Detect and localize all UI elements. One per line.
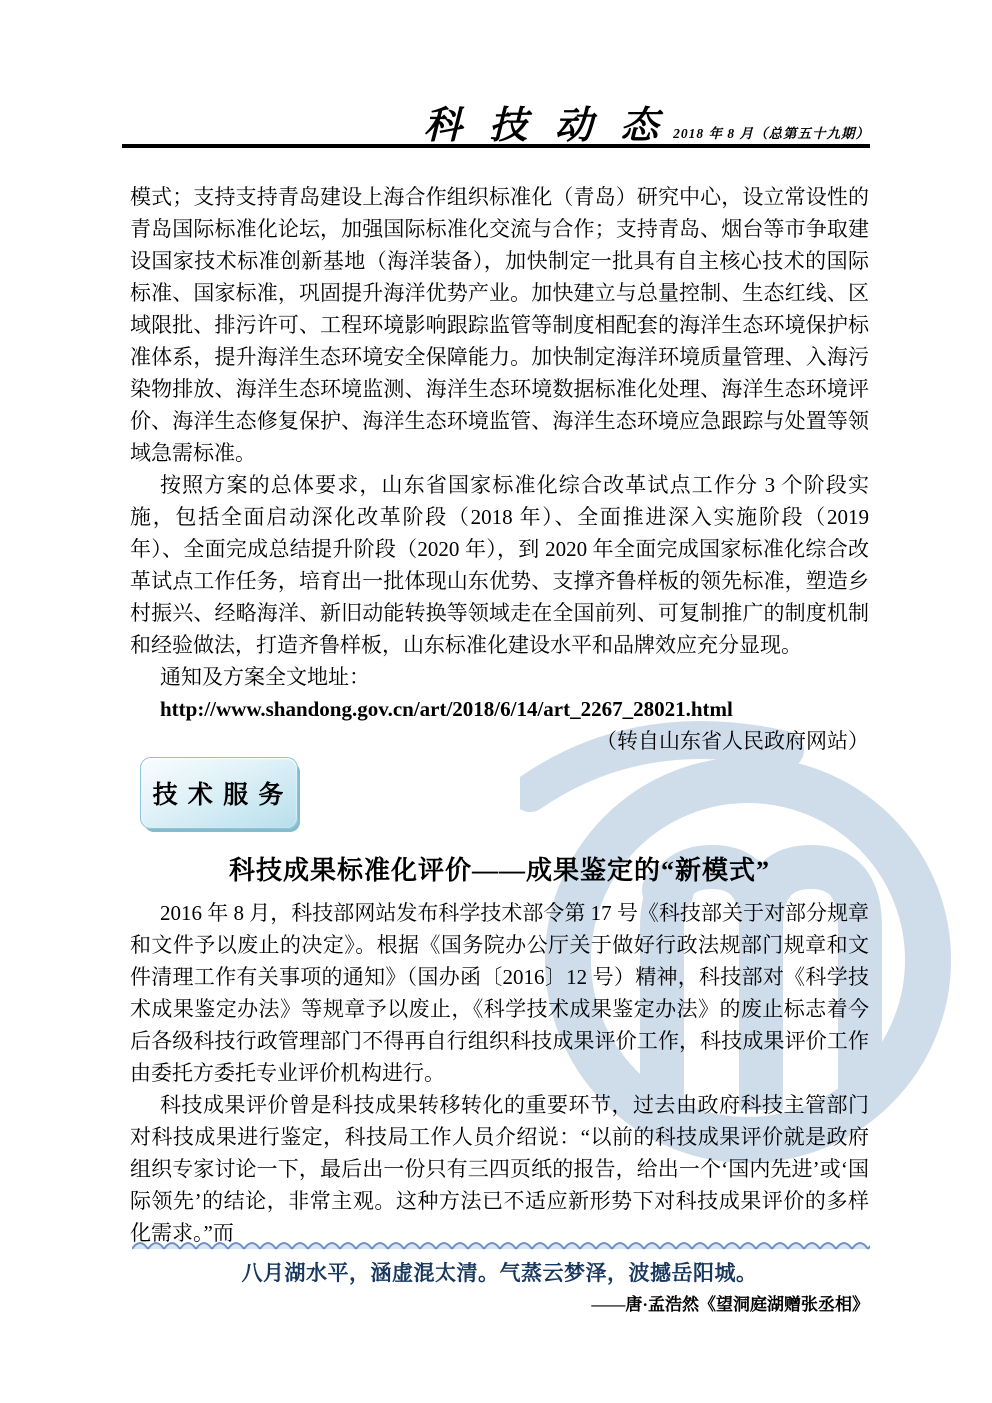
url-intro-line: 通知及方案全文地址： <box>130 661 869 693</box>
header-divider <box>122 144 870 148</box>
poem-attribution: ——唐·孟浩然《望洞庭湖赠张丞相》 <box>130 1290 869 1315</box>
paragraph: 2016 年 8 月，科技部网站发布科学技术部令第 17 号《科技部关于对部分规… <box>130 897 869 1089</box>
footer-wave-divider <box>132 1237 870 1250</box>
article-title: 科技成果标准化评价——成果鉴定的“新模式” <box>130 850 869 887</box>
article-url-link[interactable]: http://www.shandong.gov.cn/art/2018/6/14… <box>130 693 869 725</box>
paragraph: 科技成果评价曾是科技成果转移转化的重要环节，过去由政府科技主管部门对科技成果进行… <box>130 1089 869 1249</box>
issue-info: 2018 年 8 月（总第五十九期） <box>673 122 870 142</box>
article2-body: 2016 年 8 月，科技部网站发布科学技术部令第 17 号《科技部关于对部分规… <box>130 897 869 1249</box>
section-badge-label: 技 术 服 务 <box>153 775 286 811</box>
document-page: 科 技 动 态 2018 年 8 月（总第五十九期） 模式；支持支持青岛建设上海… <box>0 0 992 1403</box>
source-note: （转自山东省人民政府网站） <box>130 725 869 757</box>
footer-poem: 八月湖水平，涵虚混太清。气蒸云梦泽，波撼岳阳城。 <box>130 1257 869 1287</box>
masthead: 科 技 动 态 2018 年 8 月（总第五十九期） <box>122 94 870 149</box>
newsletter-title: 科 技 动 态 <box>424 94 668 149</box>
paragraph: 模式；支持支持青岛建设上海合作组织标准化（青岛）研究中心，设立常设性的青岛国际标… <box>130 181 869 469</box>
paragraph: 按照方案的总体要求，山东省国家标准化综合改革试点工作分 3 个阶段实施，包括全面… <box>130 469 869 661</box>
article1-body: 模式；支持支持青岛建设上海合作组织标准化（青岛）研究中心，设立常设性的青岛国际标… <box>130 181 869 757</box>
section-badge-tech-service: 技 术 服 务 <box>140 757 298 829</box>
